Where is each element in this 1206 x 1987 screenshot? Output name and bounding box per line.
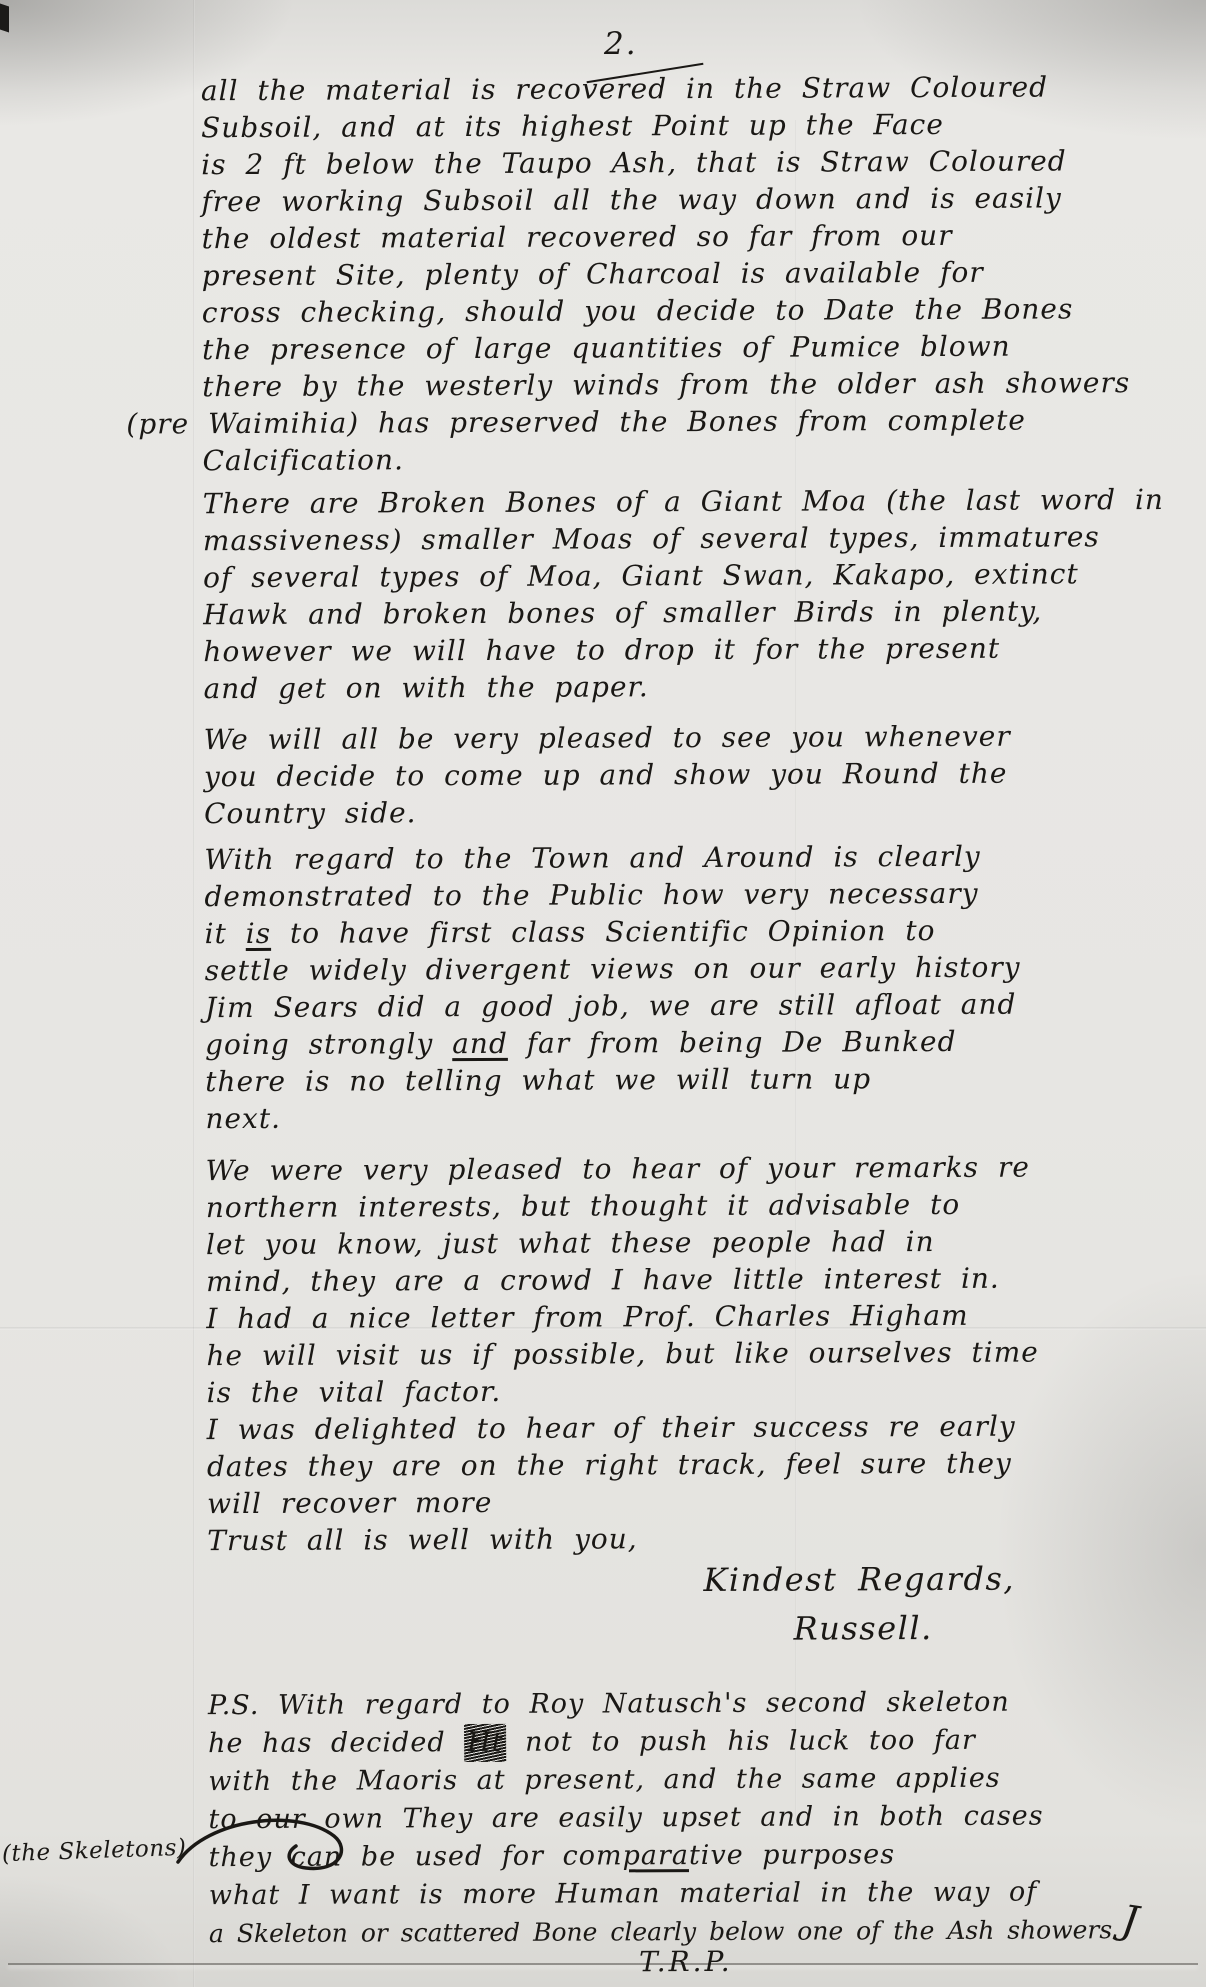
- handwritten-line: Subsoil, and at its highest Point up the…: [201, 105, 1202, 146]
- handwritten-line: Jim Sears did a good job, we are still a…: [205, 985, 1206, 1026]
- handwritten-line: There are Broken Bones of a Giant Moa (t…: [203, 481, 1204, 522]
- handwritten-line: Country side.: [204, 791, 1205, 832]
- handwritten-line: is 2 ft below the Taupo Ash, that is Str…: [201, 142, 1202, 183]
- handwritten-line: I was delighted to hear of their success…: [207, 1407, 1206, 1448]
- handwritten-line: massiveness) smaller Moas of several typ…: [203, 518, 1204, 559]
- handwritten-line: it is to have first class Scientific Opi…: [205, 911, 1206, 952]
- paragraph-closing: Kindest Regards,Russell.: [207, 1555, 1206, 1657]
- handwritten-line: We were very pleased to hear of your rem…: [206, 1148, 1206, 1189]
- paragraph-p3: We will all be very pleased to see you w…: [204, 717, 1205, 832]
- handwritten-line: Calcification.: [202, 438, 1203, 479]
- handwritten-line: cross checking, should you decide to Dat…: [202, 290, 1203, 331]
- scan-speck-top-left: [0, 4, 9, 33]
- handwritten-line: mind, they are a crowd I have little int…: [206, 1259, 1206, 1300]
- handwritten-line: With regard to the Town and Around is cl…: [204, 837, 1205, 878]
- handwritten-line: the oldest material recovered so far fro…: [201, 216, 1202, 257]
- handwritten-line: you decide to come up and show you Round…: [204, 754, 1205, 795]
- handwritten-line: of several types of Moa, Giant Swan, Kak…: [203, 555, 1204, 596]
- handwritten-line: demonstrated to the Public how very nece…: [204, 874, 1205, 915]
- handwritten-line: he will visit us if possible, but like o…: [206, 1333, 1206, 1374]
- handwritten-line: going strongly and far from being De Bun…: [205, 1022, 1206, 1063]
- handwritten-line: there is no telling what we will turn up: [205, 1059, 1206, 1100]
- fold-crease-vertical-left: [193, 0, 195, 1987]
- handwritten-line: with the Maoris at present, and the same…: [208, 1759, 1206, 1801]
- handwritten-line: the presence of large quantities of Pumi…: [202, 327, 1203, 368]
- handwritten-line: next.: [205, 1096, 1206, 1137]
- margin-note: (the Skeletons): [2, 1835, 187, 1867]
- handwritten-line: Trust all is well with you,: [207, 1518, 1206, 1559]
- paragraph-p2: There are Broken Bones of a Giant Moa (t…: [203, 481, 1205, 707]
- handwritten-line: dates they are on the right track, feel …: [207, 1444, 1206, 1485]
- handwritten-line: Hawk and broken bones of smaller Birds i…: [203, 592, 1204, 633]
- handwritten-line: however we will have to drop it for the …: [203, 629, 1204, 670]
- handwritten-line: We will all be very pleased to see you w…: [204, 717, 1205, 758]
- handwritten-line: is the vital factor.: [207, 1370, 1206, 1411]
- handwritten-line: Kindest Regards,: [703, 1555, 1206, 1603]
- annotation-arrow-icon: [172, 1806, 362, 1892]
- handwritten-line: settle widely divergent views on our ear…: [205, 948, 1206, 989]
- handwritten-line: Russell.: [794, 1601, 1206, 1655]
- scribbled-out-word: Ht: [464, 1724, 507, 1762]
- handwritten-line: and get on with the paper.: [203, 666, 1204, 707]
- handwritten-line: he has decided Ht not to push his luck t…: [208, 1721, 1206, 1763]
- handwritten-line: will recover more: [207, 1481, 1206, 1522]
- paragraph-p4: With regard to the Town and Around is cl…: [204, 837, 1206, 1137]
- handwritten-line: I had a nice letter from Prof. Charles H…: [206, 1296, 1206, 1337]
- handwritten-line: there by the westerly winds from the old…: [202, 364, 1203, 405]
- handwritten-line: all the material is recovered in the Str…: [201, 68, 1202, 109]
- handwritten-line: (pre Waimihia) has preserved the Bones f…: [126, 401, 1203, 443]
- handwritten-line: let you know, just what these people had…: [206, 1222, 1206, 1263]
- handwritten-line: free working Subsoil all the way down an…: [201, 179, 1202, 220]
- handwritten-line: northern interests, but thought it advis…: [206, 1185, 1206, 1226]
- handwriting-body: all the material is recovered in the Str…: [201, 68, 1206, 1982]
- paragraph-p1: all the material is recovered in the Str…: [201, 68, 1204, 479]
- page-number: 2.: [604, 26, 638, 62]
- handwritten-line: P.S. With regard to Roy Natusch's second…: [208, 1683, 1206, 1725]
- letter-page: 2. all the material is recovered in the …: [0, 0, 1206, 1987]
- handwritten-line: present Site, plenty of Charcoal is avai…: [202, 253, 1203, 294]
- paragraph-p5: We were very pleased to hear of your rem…: [206, 1148, 1206, 1559]
